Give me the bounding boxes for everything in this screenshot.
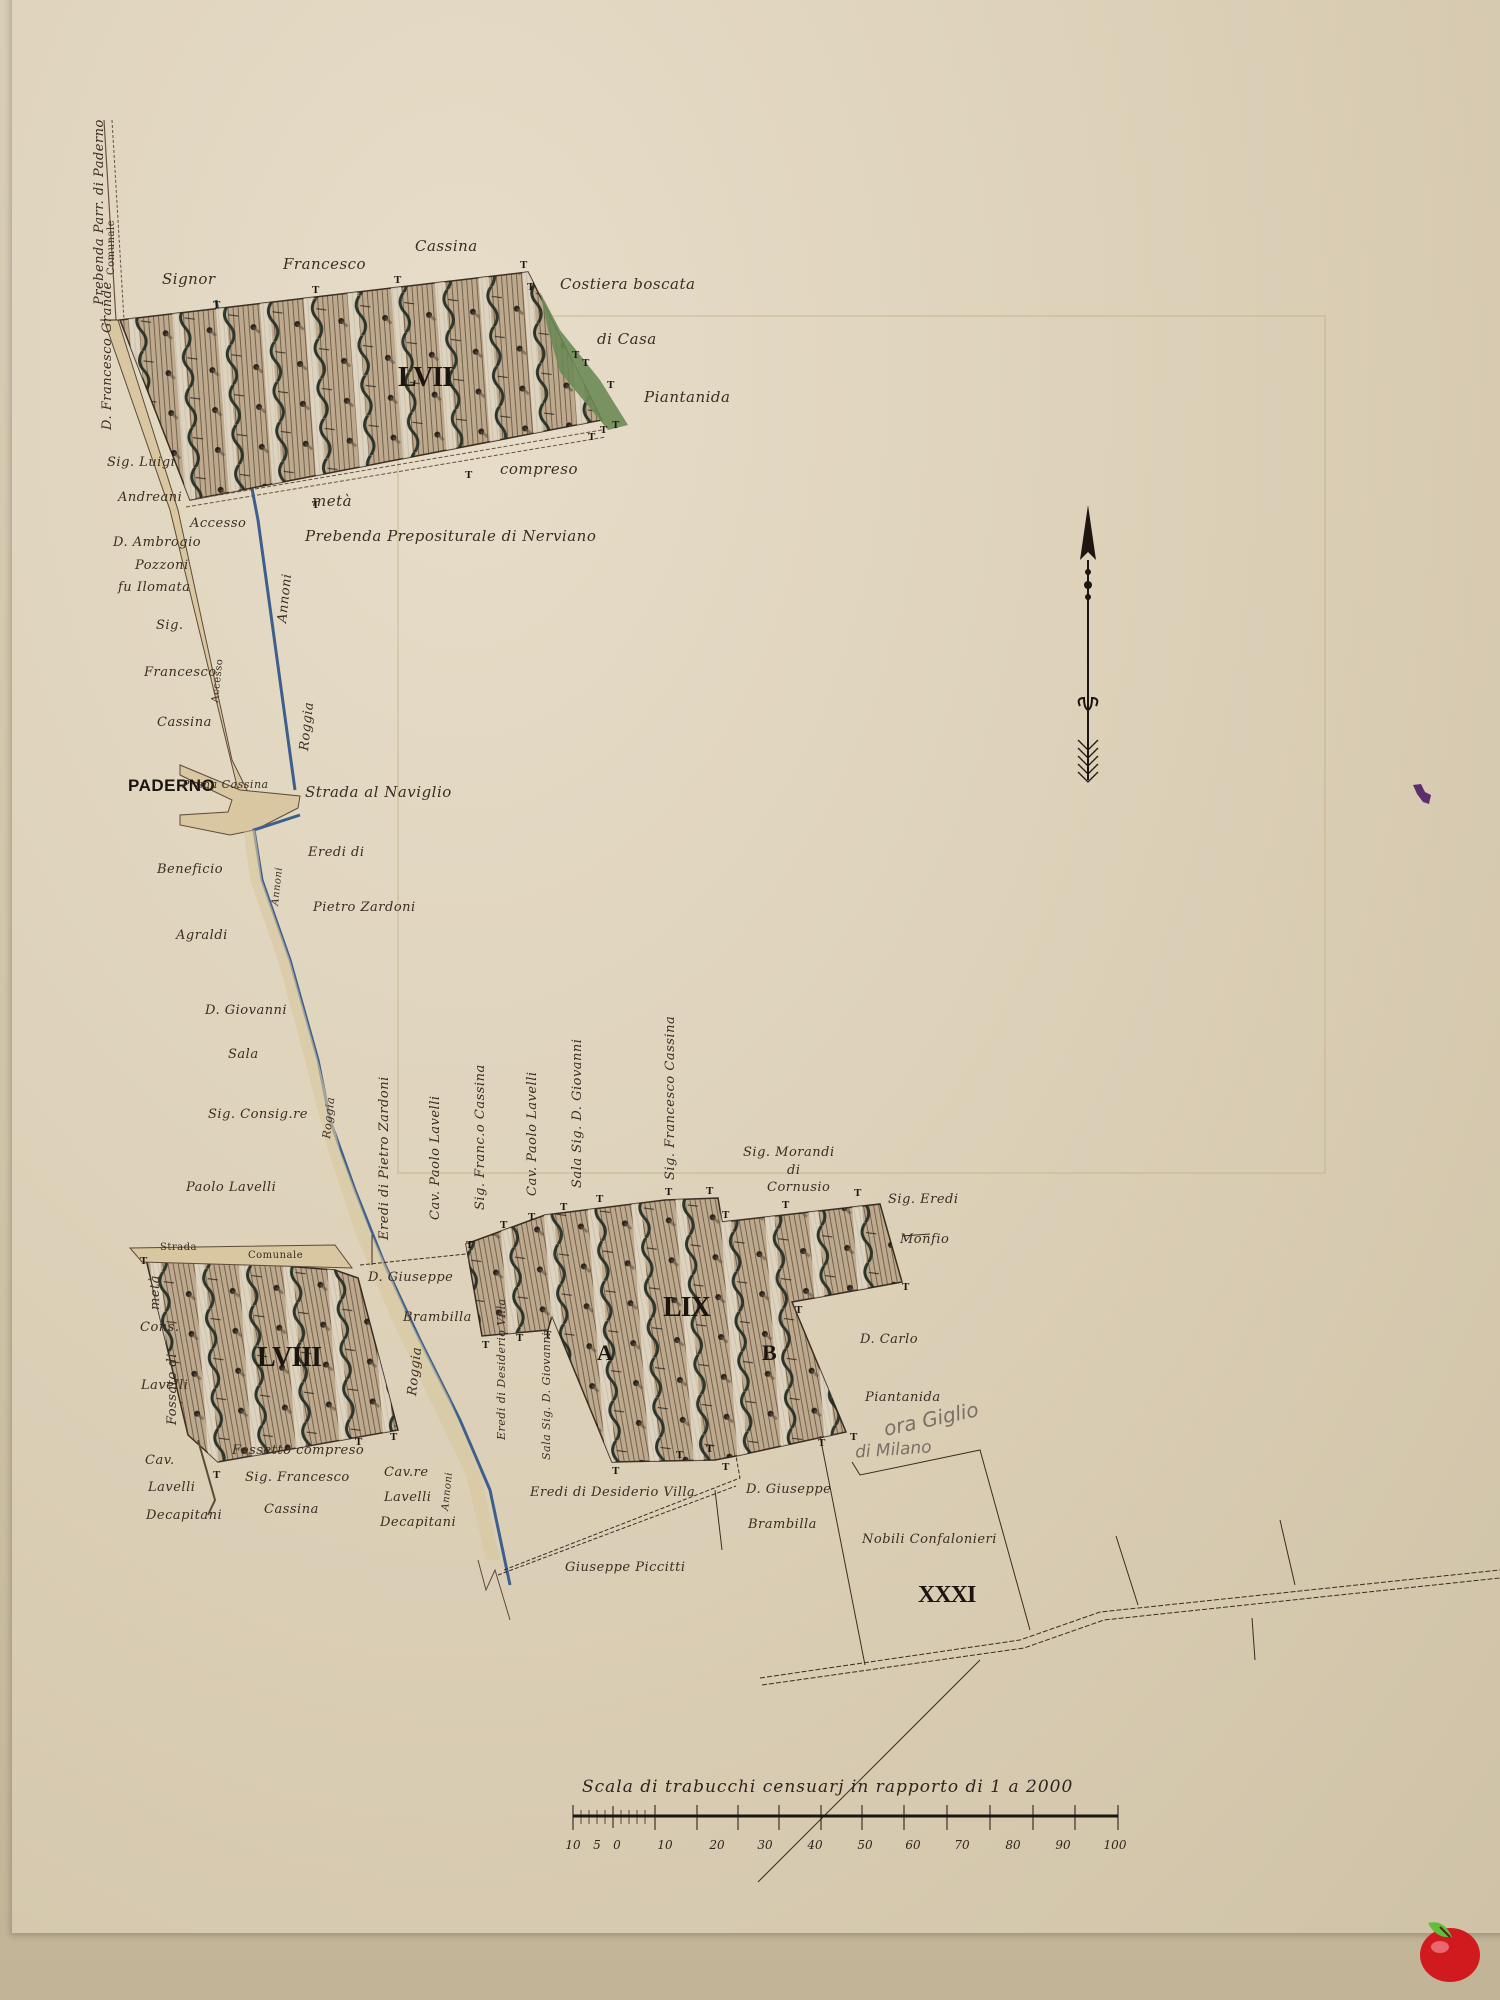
scale-tick-label: 0 xyxy=(613,1838,621,1852)
scale-tick-label: 100 xyxy=(1104,1838,1127,1852)
parcel-label-xxxi: XXXI xyxy=(918,1582,975,1609)
map-drawing: TTTT TTT TTTT TT TTTT TTTT TTTT TTT TTTT… xyxy=(0,0,1500,2000)
label-prebenda-vert: Prebenda Parr. di Paderno xyxy=(92,119,107,305)
label-cassina-bottom: Cassina xyxy=(264,1502,319,1517)
label-accesso-top: Accesso xyxy=(190,516,246,531)
label-meta-top: metà xyxy=(312,492,352,510)
svg-text:T: T xyxy=(312,284,320,296)
scale-tick-label: 80 xyxy=(1005,1838,1020,1852)
label-costiera-boscata: Costiera boscata xyxy=(560,275,695,293)
svg-text:T: T xyxy=(706,1185,714,1197)
label-piantanida-top: Piantanida xyxy=(644,388,730,406)
svg-text:T: T xyxy=(213,1469,221,1481)
svg-text:T: T xyxy=(782,1199,790,1211)
label-decapitani-left: Decapitani xyxy=(146,1508,222,1523)
svg-text:T: T xyxy=(527,281,535,293)
label-monfio: Monfio xyxy=(900,1232,949,1247)
label-cav-left: Cav. xyxy=(145,1453,175,1468)
svg-text:T: T xyxy=(596,1193,604,1205)
parcel-lix-sub-b: B xyxy=(762,1340,777,1366)
svg-text:T: T xyxy=(722,1461,730,1473)
label-strada: Strada xyxy=(160,1242,197,1253)
label-d-ambrogio: D. Ambrogio xyxy=(113,535,201,550)
label-comunale: Comunale xyxy=(248,1250,303,1261)
parcel-lix-sub-a: A xyxy=(597,1340,613,1366)
label-d-giuseppe: D. Giuseppe xyxy=(368,1270,453,1285)
svg-text:T: T xyxy=(588,431,596,443)
label-meta-left: metà xyxy=(148,1275,163,1310)
scale-tick-label: 60 xyxy=(905,1838,920,1852)
svg-text:T: T xyxy=(818,1437,826,1449)
parcel-label-lviii: LVIII xyxy=(257,1342,321,1374)
label-d-giuseppe-2: D. Giuseppe xyxy=(746,1482,831,1497)
label-giuseppe-piccitti: Giuseppe Piccitti xyxy=(565,1560,685,1575)
label-sala: Sala xyxy=(228,1047,259,1062)
label-agraldi: Agraldi xyxy=(176,928,228,943)
svg-text:T: T xyxy=(213,299,221,311)
label-vert-cav-lavelli-1: Cav. Paolo Lavelli xyxy=(428,1095,443,1220)
label-compreso-top: compreso xyxy=(500,460,578,478)
label-sig-morandi: Sig. Morandi xyxy=(743,1145,835,1160)
label-brambilla-2: Brambilla xyxy=(748,1517,817,1532)
label-lavelli-right: Lavelli xyxy=(384,1490,431,1505)
label-cornusio: Cornusio xyxy=(767,1180,830,1195)
label-pozzoni: Pozzoni xyxy=(135,558,189,573)
label-eredi-di: Eredi di xyxy=(308,845,365,860)
svg-text:T: T xyxy=(390,1431,398,1443)
boundary-lines xyxy=(100,320,1500,1882)
svg-text:T: T xyxy=(795,1304,803,1316)
label-d-francesco-grande: D. Francesco Grande xyxy=(100,281,115,430)
label-cons: Cons. xyxy=(140,1320,179,1335)
label-prima-cassina: Prima Cassina xyxy=(182,778,269,791)
scale-tick-label: 10 xyxy=(657,1838,672,1852)
label-strada-al-naviglio: Strada al Naviglio xyxy=(305,783,452,801)
label-di-casa: di Casa xyxy=(597,330,657,348)
svg-text:T: T xyxy=(600,424,608,436)
scale-tick-label: 10 xyxy=(565,1838,580,1852)
scale-tick-label: 20 xyxy=(709,1838,724,1852)
ink-stamp-mark xyxy=(1405,782,1435,806)
svg-text:T: T xyxy=(516,1332,524,1344)
red-apple-icon xyxy=(1410,1905,1490,1985)
label-vert-eredi-zardoni: Eredi di Pietro Zardoni xyxy=(377,1076,392,1240)
label-vert-sala-giovanni-2: Sala Sig. D. Giovanni xyxy=(540,1332,553,1460)
scale-tick-label: 70 xyxy=(954,1838,969,1852)
svg-text:T: T xyxy=(140,1255,148,1267)
label-nobili-confalonieri: Nobili Confalonieri xyxy=(862,1532,997,1547)
label-brambilla: Brambilla xyxy=(403,1310,472,1325)
label-signor: Signor xyxy=(162,270,216,288)
svg-text:T: T xyxy=(676,1449,684,1461)
label-d-carlo: D. Carlo xyxy=(860,1332,918,1347)
label-lavelli-left-2: Lavelli xyxy=(148,1480,195,1495)
svg-text:T: T xyxy=(560,1201,568,1213)
svg-text:T: T xyxy=(665,1186,673,1198)
label-vert-cav-lavelli-2: Cav. Paolo Lavelli xyxy=(525,1071,540,1196)
label-cav-right: Cav.re xyxy=(384,1465,429,1480)
svg-text:T: T xyxy=(612,419,620,431)
svg-text:T: T xyxy=(394,274,402,286)
label-decapitani-right: Decapitani xyxy=(380,1515,456,1530)
scale-bar xyxy=(573,1805,1118,1830)
scale-tick-label: 50 xyxy=(857,1838,872,1852)
svg-text:T: T xyxy=(850,1431,858,1443)
label-francesco-mid: Francesco xyxy=(144,665,217,680)
north-arrow-icon xyxy=(1078,505,1098,782)
label-sig-consig: Sig. Consig.re xyxy=(208,1107,308,1122)
label-vert-franco-cassina: Sig. Franc.o Cassina xyxy=(473,1064,488,1210)
svg-text:T: T xyxy=(482,1339,490,1351)
svg-text:T: T xyxy=(500,1219,508,1231)
parcel-label-lix: LIX xyxy=(663,1292,710,1324)
scale-tick-label: 5 xyxy=(593,1838,601,1852)
label-beneficio: Beneficio xyxy=(157,862,223,877)
svg-text:T: T xyxy=(706,1443,714,1455)
label-sig-eredi: Sig. Eredi xyxy=(888,1192,959,1207)
parcel-lix[interactable] xyxy=(466,1198,902,1462)
label-sig-francesco: Sig. Francesco xyxy=(245,1470,350,1485)
svg-text:T: T xyxy=(612,1465,620,1477)
label-fu-ilomata: fu Ilomata xyxy=(118,580,191,595)
svg-text:T: T xyxy=(902,1281,910,1293)
label-comunale-vert: Comunale xyxy=(106,220,117,275)
label-sig-mid: Sig. xyxy=(156,618,184,633)
label-fossato-di: Fossato di xyxy=(165,1353,180,1425)
svg-text:T: T xyxy=(607,379,615,391)
label-pietro-zardoni: Pietro Zardoni xyxy=(313,900,416,915)
label-piantanida-bottom: Piantanida xyxy=(865,1390,941,1405)
svg-text:T: T xyxy=(520,259,528,271)
label-francesco-top: Francesco xyxy=(283,255,366,273)
svg-text:T: T xyxy=(854,1187,862,1199)
scale-title: Scala di trabucchi censuarj in rapporto … xyxy=(582,1777,1073,1797)
scale-tick-label: 40 xyxy=(807,1838,822,1852)
parcel-label-lvii: LVII xyxy=(398,362,452,394)
label-fossetto-compreso: Fossetto compreso xyxy=(232,1443,364,1458)
label-cassina-top: Cassina xyxy=(415,237,478,255)
label-sig-luigi: Sig. Luigi xyxy=(107,455,175,470)
label-prebenda-prepositurale: Prebenda Prepositurale di Nerviano xyxy=(305,527,596,545)
svg-text:T: T xyxy=(572,349,580,361)
label-paolo-lavelli: Paolo Lavelli xyxy=(186,1180,276,1195)
label-andreani: Andreani xyxy=(118,490,182,505)
label-vert-eredi-desiderio-villa: Eredi di Desiderio Villa xyxy=(495,1298,508,1440)
label-d-giovanni: D. Giovanni xyxy=(205,1003,287,1018)
svg-text:T: T xyxy=(465,469,473,481)
label-vert-sala-giovanni: Sala Sig. D. Giovanni xyxy=(570,1039,585,1188)
label-vert-francesco-cassina: Sig. Francesco Cassina xyxy=(663,1016,678,1180)
scale-tick-label: 30 xyxy=(757,1838,772,1852)
label-eredi-desiderio-villa: Eredi di Desiderio Villa xyxy=(530,1485,695,1500)
svg-text:T: T xyxy=(466,1239,474,1251)
svg-text:T: T xyxy=(582,357,590,369)
scale-tick-label: 90 xyxy=(1055,1838,1070,1852)
label-di: di xyxy=(787,1163,800,1178)
svg-text:T: T xyxy=(722,1209,730,1221)
svg-text:T: T xyxy=(528,1211,536,1223)
label-cassina-mid: Cassina xyxy=(157,715,212,730)
